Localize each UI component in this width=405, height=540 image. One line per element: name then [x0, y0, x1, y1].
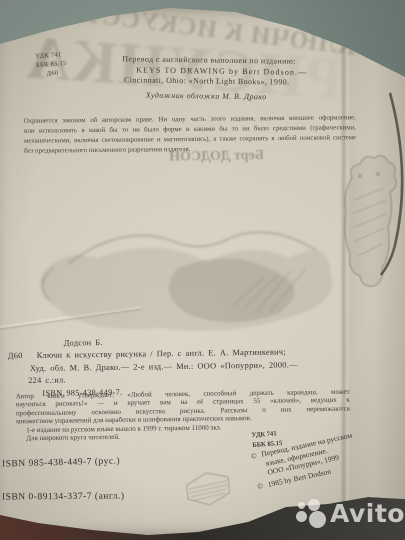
copyright-sign: ©	[256, 481, 264, 491]
edition-source-block: Перевод с английского выполнен по издани…	[122, 54, 363, 103]
avito-logo-icon	[296, 499, 327, 529]
page-crease	[0, 306, 141, 330]
book-imprint-page: РИСУНКА КЛЮЧИ К ИСКУССТВ Берт ДОДСОН	[0, 0, 405, 540]
top-classification-codes: УДК 741 ББК 85.15 Д60	[35, 50, 68, 79]
rights-line: без предварительного письменного разреше…	[24, 143, 356, 156]
cover-artist-line: Художник обложки М. В. Драко	[122, 90, 362, 104]
edition-line: Cincinnati, Ohio: «North Light Books», 1…	[122, 75, 362, 89]
avito-watermark: Avito	[296, 499, 405, 529]
publisher-stamp	[180, 463, 236, 512]
cover-artist-text: Художник обложки М. В. Драко	[146, 90, 267, 101]
annotation-block: Автор книги утверждает: «Любой человек, …	[16, 388, 351, 443]
isbn-english: ISBN 0-89134-337-7 (англ.)	[2, 491, 125, 502]
rights-notice: Охраняется законом об авторском праве. Н…	[24, 113, 356, 156]
catalog-code: Д60	[8, 351, 23, 364]
copyright-sign: ©	[250, 451, 258, 461]
avito-brand-text: Avito	[330, 499, 405, 529]
isbn-russian: ISBN 985-438-449-7 (рус.)	[2, 456, 120, 469]
reclining-figure-sketch	[28, 178, 346, 336]
